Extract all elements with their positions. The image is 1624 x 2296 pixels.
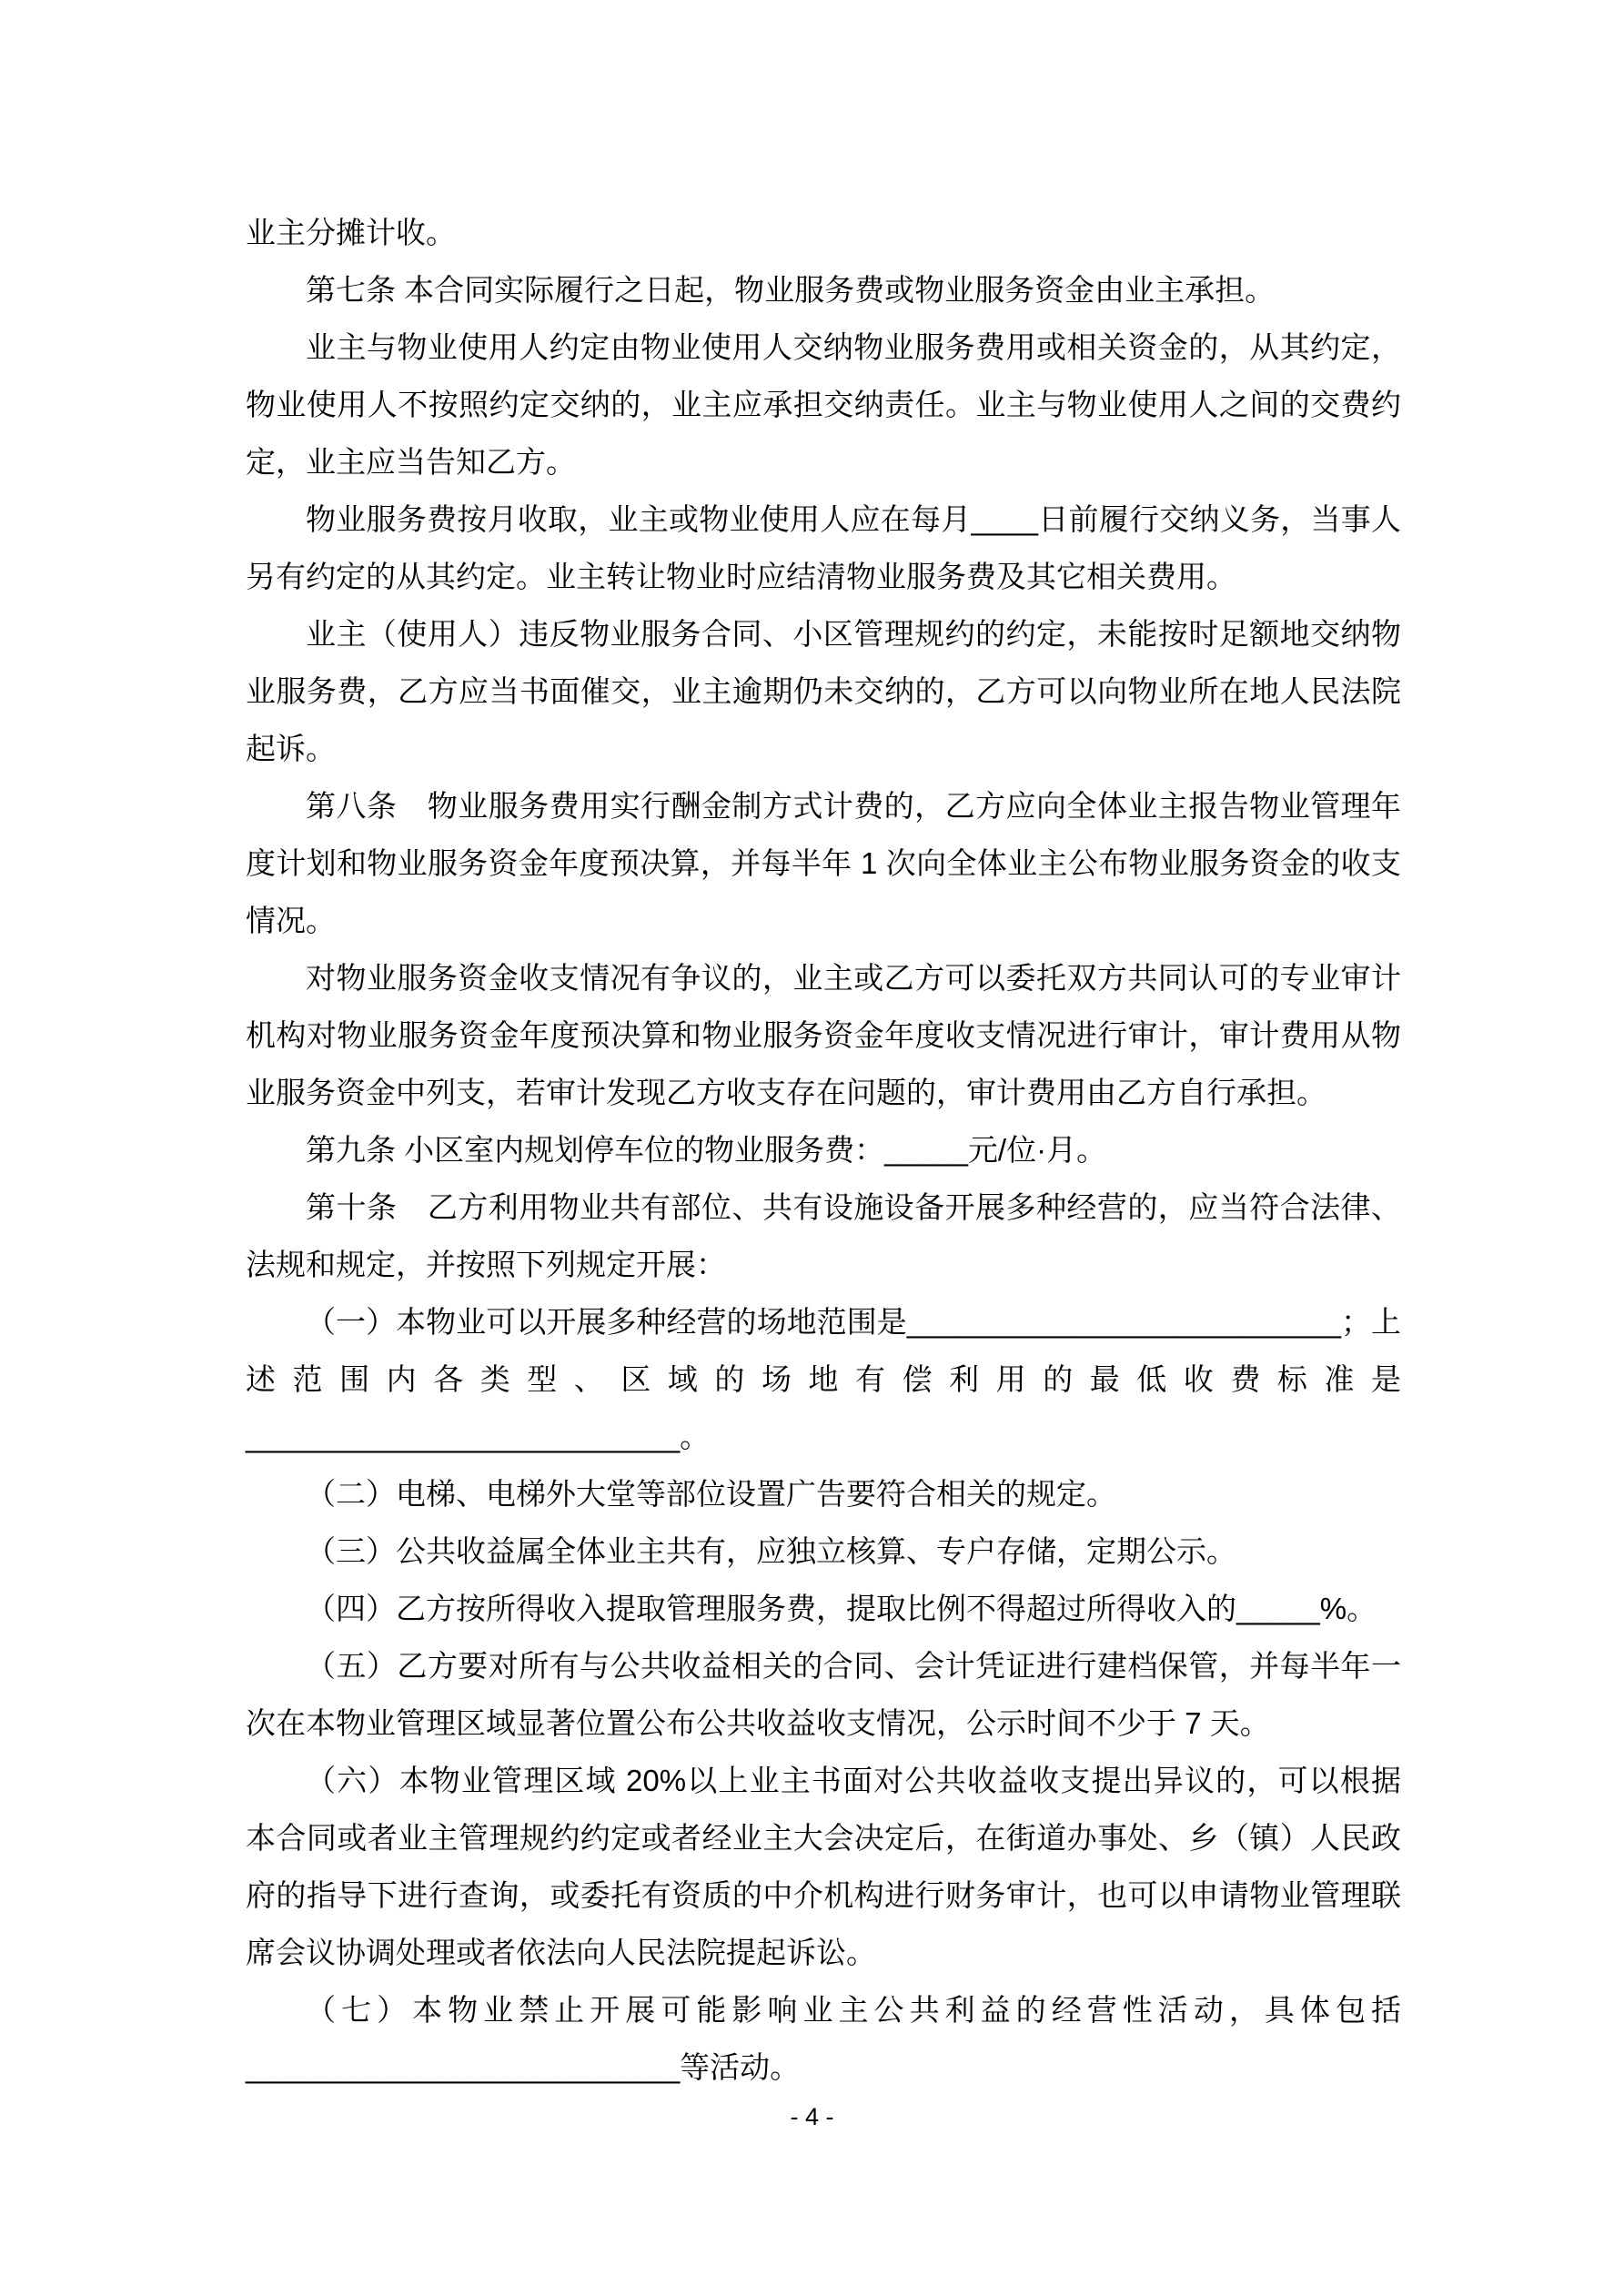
text-line: 业主（使用人）违反物业服务合同、小区管理规约的约定，未能按时足额地交纳物	[246, 605, 1401, 663]
text-line: 席会议协调处理或者依法向人民法院提起诉讼。	[246, 1924, 1401, 1981]
text-line: 第七条 本合同实际履行之日起，物业服务费或物业服务资金由业主承担。	[246, 261, 1401, 319]
page-number: - 4 -	[0, 2091, 1624, 2142]
text-line: 第八条 物业服务费用实行酬金制方式计费的，乙方应向全体业主报告物业管理年	[246, 777, 1401, 834]
contract-page: 业主分摊计收。第七条 本合同实际履行之日起，物业服务费或物业服务资金由业主承担。…	[0, 0, 1624, 2296]
text-line: 对物业服务资金收支情况有争议的，业主或乙方可以委托双方共同认可的专业审计	[246, 949, 1401, 1006]
text-line: 物业服务费按月收取，业主或物业使用人应在每月____日前履行交纳义务，当事人	[246, 491, 1401, 548]
text-line: 起诉。	[246, 720, 1401, 777]
text-line: __________________________等活动。	[246, 2038, 1401, 2096]
text-line: （三）公共收益属全体业主共有，应独立核算、专户存储，定期公示。	[246, 1522, 1401, 1580]
text-line: 本合同或者业主管理规约约定或者经业主大会决定后，在街道办事处、乡（镇）人民政	[246, 1809, 1401, 1866]
text-line: 述范围内各类型、区域的场地有偿利用的最低收费标准是	[246, 1350, 1401, 1408]
text-line: 府的指导下进行查询，或委托有资质的中介机构进行财务审计，也可以申请物业管理联	[246, 1866, 1401, 1924]
text-line: 业主分摊计收。	[246, 204, 1401, 261]
text-line: （一）本物业可以开展多种经营的场地范围是____________________…	[246, 1293, 1401, 1350]
text-line: 第九条 小区室内规划停车位的物业服务费：_____元/位·月。	[246, 1121, 1401, 1178]
text-line: 业服务资金中列支，若审计发现乙方收支存在问题的，审计费用由乙方自行承担。	[246, 1064, 1401, 1121]
text-line: 次在本物业管理区域显著位置公布公共收益收支情况，公示时间不少于 7 天。	[246, 1694, 1401, 1752]
text-line: 法规和规定，并按照下列规定开展：	[246, 1236, 1401, 1293]
text-line: （二）电梯、电梯外大堂等部位设置广告要符合相关的规定。	[246, 1465, 1401, 1522]
text-line: 另有约定的从其约定。业主转让物业时应结清物业服务费及其它相关费用。	[246, 548, 1401, 605]
text-line: 物业使用人不按照约定交纳的，业主应承担交纳责任。业主与物业使用人之间的交费约	[246, 376, 1401, 433]
text-line: 业主与物业使用人约定由物业使用人交纳物业服务费用或相关资金的，从其约定，	[246, 319, 1401, 376]
text-line: __________________________。	[246, 1408, 1401, 1465]
text-line: （四）乙方按所得收入提取管理服务费，提取比例不得超过所得收入的_____%。	[246, 1580, 1401, 1637]
text-line: 定，业主应当告知乙方。	[246, 433, 1401, 491]
text-line: 机构对物业服务资金年度预决算和物业服务资金年度收支情况进行审计，审计费用从物	[246, 1006, 1401, 1064]
text-line: 业服务费，乙方应当书面催交，业主逾期仍未交纳的，乙方可以向物业所在地人民法院	[246, 663, 1401, 720]
text-line: 情况。	[246, 892, 1401, 949]
document-body: 业主分摊计收。第七条 本合同实际履行之日起，物业服务费或物业服务资金由业主承担。…	[246, 204, 1401, 2096]
text-line: 第十条 乙方利用物业共有部位、共有设施设备开展多种经营的，应当符合法律、	[246, 1178, 1401, 1236]
text-line: （七）本物业禁止开展可能影响业主公共利益的经营性活动，具体包括	[246, 1981, 1401, 2038]
text-line: （五）乙方要对所有与公共收益相关的合同、会计凭证进行建档保管，并每半年一	[246, 1637, 1401, 1694]
text-line: （六）本物业管理区域 20%以上业主书面对公共收益收支提出异议的，可以根据	[246, 1752, 1401, 1809]
text-line: 度计划和物业服务资金年度预决算，并每半年 1 次向全体业主公布物业服务资金的收支	[246, 834, 1401, 892]
